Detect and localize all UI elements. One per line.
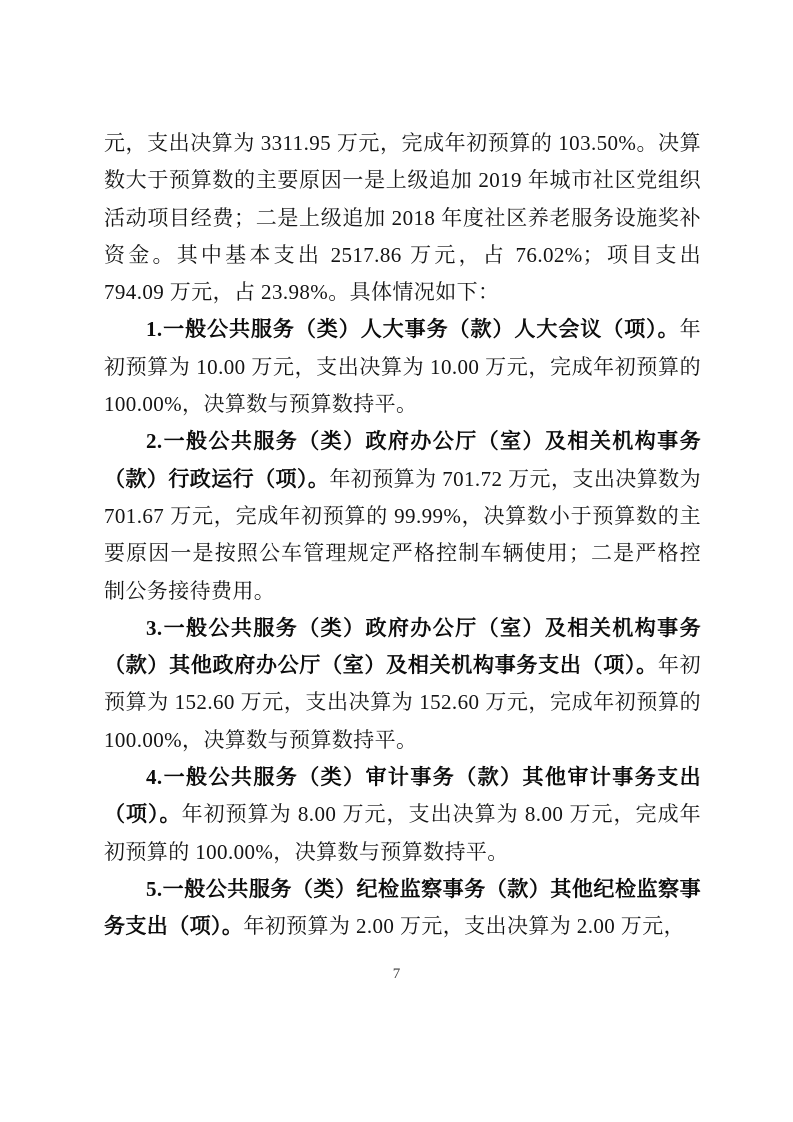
- page-number: 7: [0, 966, 793, 983]
- item-5-body: 年初预算为 2.00 万元，支出决算为 2.00 万元，: [243, 914, 685, 938]
- item-3-heading: 3.一般公共服务（类）政府办公厅（室）及相关机构事务（款）其他政府办公厅（室）及…: [104, 616, 701, 677]
- item-4-body: 年初预算为 8.00 万元，支出决算为 8.00 万元，完成年初预算的 100.…: [104, 802, 701, 863]
- budget-item-2: 2.一般公共服务（类）政府办公厅（室）及相关机构事务（款）行政运行（项）。年初预…: [104, 423, 701, 609]
- paragraph-text: 元，支出决算为 3311.95 万元，完成年初预算的 103.50%。决算数大于…: [104, 131, 701, 304]
- budget-item-4: 4.一般公共服务（类）审计事务（款）其他审计事务支出（项）。年初预算为 8.00…: [104, 759, 701, 871]
- document-body: 元，支出决算为 3311.95 万元，完成年初预算的 103.50%。决算数大于…: [104, 125, 701, 946]
- budget-item-1: 1.一般公共服务（类）人大事务（款）人大会议（项）。年初预算为 10.00 万元…: [104, 311, 701, 423]
- budget-item-5: 5.一般公共服务（类）纪检监察事务（款）其他纪检监察事务支出（项）。年初预算为 …: [104, 871, 701, 946]
- document-page: 元，支出决算为 3311.95 万元，完成年初预算的 103.50%。决算数大于…: [0, 0, 793, 1122]
- paragraph-continuation: 元，支出决算为 3311.95 万元，完成年初预算的 103.50%。决算数大于…: [104, 125, 701, 311]
- item-1-heading: 1.一般公共服务（类）人大事务（款）人大会议（项）。: [146, 317, 680, 341]
- budget-item-3: 3.一般公共服务（类）政府办公厅（室）及相关机构事务（款）其他政府办公厅（室）及…: [104, 610, 701, 759]
